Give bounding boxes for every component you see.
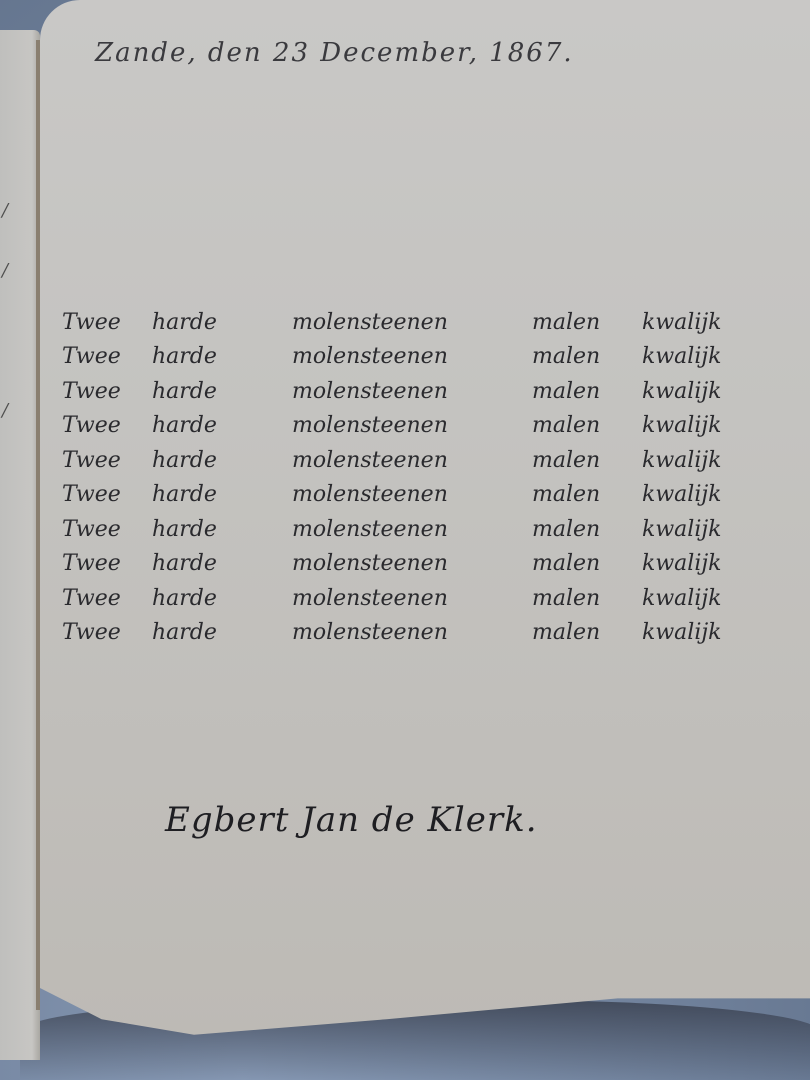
word: kwalijk [642, 344, 762, 369]
word: molensteenen [292, 586, 532, 611]
word: malen [532, 448, 642, 473]
exercise-line: Twee harde molensteenen malen kwalijk [62, 335, 762, 370]
word: harde [152, 448, 292, 473]
exercise-line: Twee harde molensteenen malen kwalijk [62, 438, 762, 473]
left-page-ink-mark: / [2, 400, 8, 421]
word: molensteenen [292, 551, 532, 576]
word: molensteenen [292, 310, 532, 335]
left-page-edge: / / / [0, 30, 40, 1060]
word: malen [532, 586, 642, 611]
word: harde [152, 517, 292, 542]
word: kwalijk [642, 551, 762, 576]
exercise-line: Twee harde molensteenen malen kwalijk [62, 507, 762, 542]
exercise-line: Twee harde molensteenen malen kwalijk [62, 576, 762, 611]
word: Twee [62, 586, 152, 611]
word: Twee [62, 413, 152, 438]
word: Twee [62, 517, 152, 542]
word: molensteenen [292, 379, 532, 404]
word: kwalijk [642, 517, 762, 542]
exercise-line: Twee harde molensteenen malen kwalijk [62, 369, 762, 404]
exercise-line: Twee harde molensteenen malen kwalijk [62, 404, 762, 439]
word: malen [532, 413, 642, 438]
word: Twee [62, 344, 152, 369]
word: Twee [62, 310, 152, 335]
word: harde [152, 379, 292, 404]
word: kwalijk [642, 310, 762, 335]
word: Twee [62, 379, 152, 404]
exercise-line: Twee harde molensteenen malen kwalijk [62, 542, 762, 577]
word: Twee [62, 482, 152, 507]
word: malen [532, 379, 642, 404]
word: malen [532, 344, 642, 369]
word: kwalijk [642, 448, 762, 473]
signature: Egbert Jan de Klerk. [165, 800, 538, 840]
word: malen [532, 551, 642, 576]
exercise-line: Twee harde molensteenen malen kwalijk [62, 473, 762, 508]
date-header: Zande, den 23 December, 1867. [95, 38, 574, 68]
word: molensteenen [292, 482, 532, 507]
word: harde [152, 586, 292, 611]
word: molensteenen [292, 448, 532, 473]
word: harde [152, 413, 292, 438]
word: malen [532, 482, 642, 507]
word: malen [532, 517, 642, 542]
word: molensteenen [292, 344, 532, 369]
word: Twee [62, 448, 152, 473]
word: kwalijk [642, 482, 762, 507]
word: harde [152, 620, 292, 645]
word: molensteenen [292, 517, 532, 542]
word: Twee [62, 551, 152, 576]
word: molensteenen [292, 413, 532, 438]
word: kwalijk [642, 413, 762, 438]
word: Twee [62, 620, 152, 645]
word: malen [532, 310, 642, 335]
word: molensteenen [292, 620, 532, 645]
exercise-line: Twee harde molensteenen malen kwalijk [62, 300, 762, 335]
word: harde [152, 310, 292, 335]
left-page-ink-mark: / [2, 200, 8, 221]
word: malen [532, 620, 642, 645]
exercise-line: Twee harde molensteenen malen kwalijk [62, 611, 762, 646]
book-gutter [36, 40, 40, 1010]
exercise-lines: Twee harde molensteenen malen kwalijk Tw… [62, 300, 762, 645]
word: kwalijk [642, 379, 762, 404]
word: kwalijk [642, 620, 762, 645]
left-page-ink-mark: / [2, 260, 8, 281]
word: harde [152, 551, 292, 576]
word: harde [152, 344, 292, 369]
word: harde [152, 482, 292, 507]
word: kwalijk [642, 586, 762, 611]
